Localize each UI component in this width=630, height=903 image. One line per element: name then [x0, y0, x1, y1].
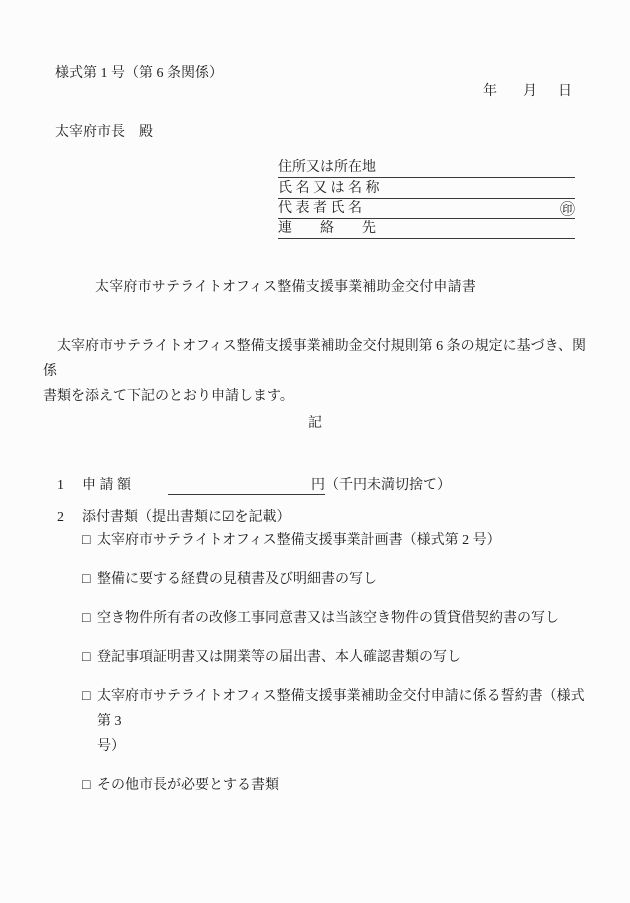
- year-label: 年: [483, 80, 497, 100]
- field-label-address: 住所又は所在地: [278, 156, 376, 176]
- checklist-item-text: 整備に要する経費の見積書及び明細書の写し: [97, 567, 377, 592]
- application-amount-row: 1 申 請 額 円 （千円未満切捨て）: [57, 474, 451, 495]
- amount-label: 申 請 額: [82, 474, 131, 494]
- checkbox-icon: □: [82, 645, 97, 670]
- checklist-item: □ 太宰府市サテライトオフィス整備支援事業補助金交付申請に係る誓約書（様式第 3…: [82, 684, 597, 759]
- field-row-name: 氏 名 又 は 名 称: [278, 178, 575, 198]
- field-label-contact: 連 絡 先: [278, 217, 376, 237]
- field-row-address: 住所又は所在地: [278, 158, 575, 178]
- day-label: 日: [558, 80, 572, 100]
- attachments-heading: 添付書類（提出書類に☑を記載）: [82, 506, 291, 526]
- checklist-item: □ 整備に要する経費の見積書及び明細書の写し: [82, 567, 597, 592]
- checkbox-icon: □: [82, 606, 97, 631]
- checklist-item: □ 登記事項証明書又は開業等の届出書、本人確認書類の写し: [82, 645, 597, 670]
- field-label-representative: 代 表 者 氏 名: [278, 197, 362, 217]
- checkbox-icon: □: [82, 567, 97, 592]
- amount-blank-line: 円: [168, 474, 325, 495]
- inkan-seal-icon: ㊞: [560, 203, 575, 217]
- month-label: 月: [523, 80, 537, 100]
- checklist-item-text: 太宰府市サテライトオフィス整備支援事業計画書（様式第 2 号）: [97, 528, 501, 553]
- document-title: 太宰府市サテライトオフィス整備支援事業補助金交付申請書: [95, 276, 476, 296]
- field-row-representative: 代 表 者 氏 名 ㊞: [278, 199, 575, 219]
- item-number-1: 1: [57, 478, 82, 494]
- attachments-checklist: □ 太宰府市サテライトオフィス整備支援事業計画書（様式第 2 号） □ 整備に要…: [82, 528, 597, 812]
- checklist-item: □ その他市長が必要とする書類: [82, 773, 597, 798]
- checklist-item-text: 空き物件所有者の改修工事同意書又は当該空き物件の賃貸借契約書の写し: [97, 606, 559, 631]
- document-page: 様式第 1 号（第 6 条関係） 年 月 日 太宰府市長 殿 住所又は所在地 氏…: [0, 0, 630, 903]
- field-label-name: 氏 名 又 は 名 称: [278, 177, 380, 197]
- item-number-2: 2: [57, 510, 82, 526]
- applicant-fields: 住所又は所在地 氏 名 又 は 名 称 代 表 者 氏 名 ㊞ 連 絡 先: [278, 158, 575, 239]
- checklist-item-text: 登記事項証明書又は開業等の届出書、本人確認書類の写し: [97, 645, 461, 670]
- checkbox-icon: □: [82, 773, 97, 798]
- checklist-item-text: その他市長が必要とする書類: [97, 773, 279, 798]
- date-line: 年 月 日: [483, 80, 572, 100]
- addressee: 太宰府市長 殿: [55, 121, 153, 141]
- form-number: 様式第 1 号（第 6 条関係）: [55, 62, 223, 82]
- checkbox-icon: □: [82, 528, 97, 553]
- checklist-item: □ 太宰府市サテライトオフィス整備支援事業計画書（様式第 2 号）: [82, 528, 597, 553]
- attachments-heading-row: 2 添付書類（提出書類に☑を記載）: [57, 506, 291, 526]
- checklist-item: □ 空き物件所有者の改修工事同意書又は当該空き物件の賃貸借契約書の写し: [82, 606, 597, 631]
- record-marker: 記: [0, 412, 630, 432]
- checklist-item-text: 太宰府市サテライトオフィス整備支援事業補助金交付申請に係る誓約書（様式第 3 号…: [97, 684, 597, 759]
- amount-unit: 円: [311, 478, 325, 493]
- checkbox-icon: □: [82, 684, 97, 709]
- amount-note: （千円未満切捨て）: [325, 474, 451, 494]
- field-row-contact: 連 絡 先: [278, 219, 575, 239]
- body-paragraph: 太宰府市サテライトオフィス整備支援事業補助金交付規則第 6 条の規定に基づき、関…: [43, 334, 593, 409]
